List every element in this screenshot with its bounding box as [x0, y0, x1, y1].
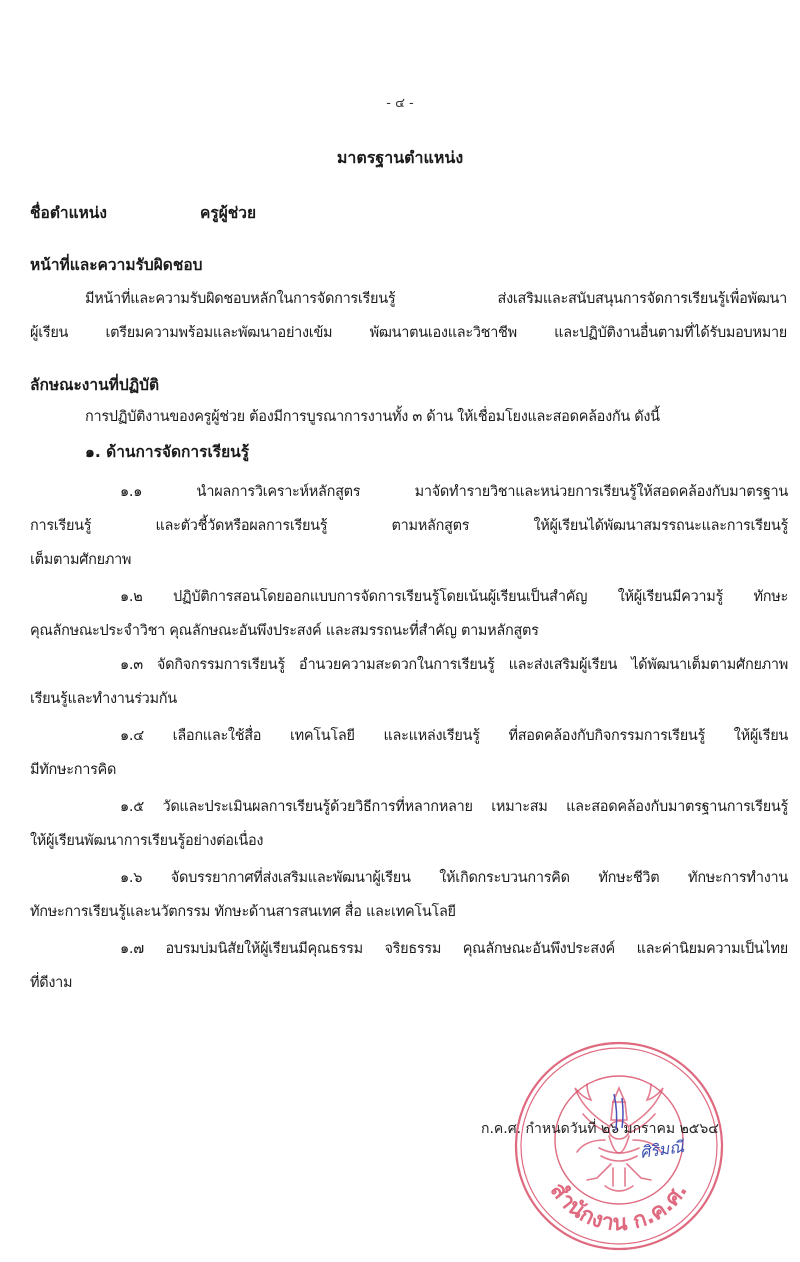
work-nature-intro: การปฏิบัติงานของครูผู้ช่วย ต้องมีการบูรณ…: [85, 405, 660, 428]
position-value: ครูผู้ช่วย: [200, 200, 256, 225]
duties-line-2: ผู้เรียน เตรียมความพร้อมและพัฒนาอย่างเข้…: [30, 321, 787, 344]
item-1-5-line-2: ให้ผู้เรียนพัฒนาการเรียนรู้อย่างต่อเนื่อ…: [30, 829, 263, 852]
item-1-3-line-2: เรียนรู้และทำงานร่วมกัน: [30, 687, 177, 710]
document-page: - ๔ - มาตรฐานตำแหน่ง ชื่อตำแหน่ง ครูผู้ช…: [0, 0, 800, 1262]
garuda-seal-stamp-icon: สำนักงาน ก.ค.ศ.: [513, 1040, 725, 1252]
item-1-5-line-1: ๑.๕ วัดและประเมินผลการเรียนรู้ด้วยวิธีกา…: [120, 795, 788, 818]
area-1-heading: ๑. ด้านการจัดการเรียนรู้: [85, 439, 249, 464]
item-1-3-line-1: ๑.๓ จัดกิจกรรมการเรียนรู้ อำนวยความสะดวก…: [120, 653, 788, 676]
work-nature-heading: ลักษณะงานที่ปฏิบัติ: [30, 372, 159, 397]
item-1-1-line-1: ๑.๑ นำผลการวิเคราะห์หลักสูตร มาจัดทำรายว…: [120, 480, 788, 503]
item-1-6-line-1: ๑.๖ จัดบรรยากาศที่ส่งเสริมและพัฒนาผู้เรี…: [120, 866, 788, 889]
item-1-1-line-2: การเรียนรู้ และตัวชี้วัดหรือผลการเรียนรู…: [30, 514, 788, 537]
duties-heading: หน้าที่และความรับผิดชอบ: [30, 252, 203, 277]
position-label: ชื่อตำแหน่ง: [30, 200, 107, 225]
item-1-7-line-2: ที่ดีงาม: [30, 971, 72, 994]
duties-line-1: มีหน้าที่และความรับผิดชอบหลักในการจัดการ…: [85, 287, 787, 310]
item-1-4-line-1: ๑.๔ เลือกและใช้สื่อ เทคโนโลยี และแหล่งเร…: [120, 724, 788, 747]
item-1-2-line-2: คุณลักษณะประจำวิชา คุณลักษณะอันพึงประสงค…: [30, 619, 539, 642]
item-1-2-line-1: ๑.๒ ปฏิบัติการสอนโดยออกแบบการจัดการเรียน…: [120, 585, 788, 608]
item-1-6-line-2: ทักษะการเรียนรู้และนวัตกรรม ทักษะด้านสาร…: [30, 900, 456, 923]
page-number: - ๔ -: [0, 92, 800, 113]
svg-text:สำนักงาน ก.ค.ศ.: สำนักงาน ก.ค.ศ.: [545, 1178, 693, 1236]
approval-date-line: ก.ค.ศ. กำหนดวันที่ ๒๖ มกราคม ๒๕๖๔: [481, 1118, 719, 1140]
item-1-7-line-1: ๑.๗ อบรมบ่มนิสัยให้ผู้เรียนมีคุณธรรม จริ…: [120, 937, 788, 960]
signature-stroke-icon: [610, 1092, 630, 1132]
item-1-4-line-2: มีทักษะการคิด: [30, 758, 116, 781]
item-1-1-line-3: เต็มตามศักยภาพ: [30, 548, 131, 571]
document-title: มาตรฐานตำแหน่ง: [0, 146, 800, 171]
